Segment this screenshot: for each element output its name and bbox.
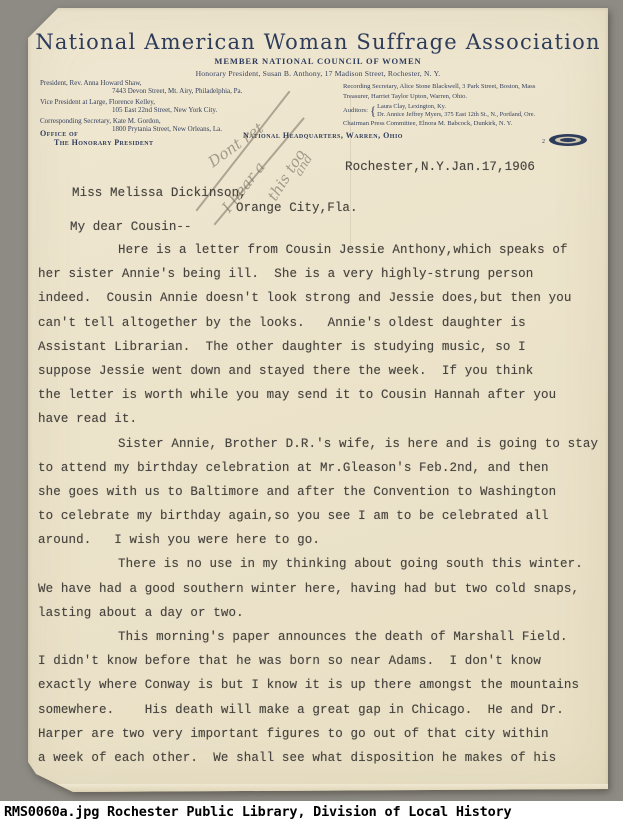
officer-entry: President, Rev. Anna Howard Shaw, 7443 D… [40,79,340,95]
typed-line: have read it. [38,407,600,431]
typed-line: There is no use in my thinking about goi… [38,552,600,576]
officer-role-line: Corresponding Secretary, Kate M. Gordon, [40,117,340,125]
dateline: Rochester,N.Y.Jan.17,1906 [345,160,535,174]
typed-line: indeed. Cousin Annie doesn't look strong… [38,286,600,310]
auditor-2: Dr. Annice Jeffrey Myers, 375 East 12th … [377,111,535,119]
typed-line: exactly where Conway is but I know it is… [38,673,600,697]
officers-right-column: Recording Secretary, Alice Stone Blackwe… [343,82,605,129]
office-of-line2: The Honorary President [40,139,153,148]
typed-line: suppose Jessie went down and stayed ther… [38,359,600,383]
press-committee-line: Chairman Press Committee, Elnora M. Babc… [343,119,605,129]
pencil-note-fragment: and [291,152,315,179]
auditors-brace: { [370,107,376,115]
treasurer-line: Treasurer, Harriet Taylor Upton, Warren,… [343,92,605,102]
typed-line: a week of each other. We shall see what … [38,746,600,770]
typed-line: lasting about a day or two. [38,601,600,625]
honorary-president-line: Honorary President, Susan B. Anthony, 17… [28,69,608,78]
typed-line: Sister Annie, Brother D.R.'s wife, is he… [38,432,600,456]
officers-left-column: President, Rev. Anna Howard Shaw, 7443 D… [40,79,340,136]
typed-line: I didn't know before that he was born so… [38,649,600,673]
typed-line: This morning's paper announces the death… [38,625,600,649]
letter-page-wrap: National American Woman Suffrage Associa… [28,8,608,792]
auditor-1: Laura Clay, Lexington, Ky. [377,103,535,111]
typed-line: Harper are two very important figures to… [38,722,600,746]
recording-secretary-line: Recording Secretary, Alice Stone Blackwe… [343,82,605,92]
typed-line: We have had a good southern winter here,… [38,577,600,601]
letter-page: National American Woman Suffrage Associa… [28,8,608,792]
recipient-address: Orange City,Fla. [236,201,358,215]
salutation: My dear Cousin-- [70,220,192,234]
organization-name: National American Woman Suffrage Associa… [28,30,608,54]
union-printers-bug-icon: 2 [542,133,588,147]
office-of-block: Office of The Honorary President [40,130,153,147]
typed-line: Assistant Librarian. The other daughter … [38,335,600,359]
officer-address-line: 105 East 22nd Street, New York City. [40,106,340,114]
typed-line: she goes with us to Baltimore and after … [38,480,600,504]
caption-text: RMS0060a.jpg Rochester Public Library, D… [4,804,511,820]
typed-line: around. I wish you were here to go. [38,528,600,552]
typed-line: somewhere. His death will make a great g… [38,698,600,722]
officer-address-line: 7443 Devon Street, Mt. Airy, Philadelphi… [40,87,340,95]
typed-line: to celebrate my birthday again,so you se… [38,504,600,528]
scan-background: National American Woman Suffrage Associa… [0,0,623,822]
typed-line: Here is a letter from Cousin Jessie Anth… [38,238,600,262]
typed-line: to attend my birthday celebration at Mr.… [38,456,600,480]
recipient-name: Miss Melissa Dickinson, [72,186,247,200]
typed-line: the letter is worth while you may send i… [38,383,600,407]
typed-line: can't tell altogether by the looks. Anni… [38,311,600,335]
officer-entry: Vice President at Large, Florence Kelley… [40,98,340,114]
auditors-row: Auditors: { Laura Clay, Lexington, Ky. D… [343,103,605,118]
caption-bar: RMS0060a.jpg Rochester Public Library, D… [0,801,623,822]
pencil-note-fragment: this too [264,146,309,204]
typed-line: her sister Annie's being ill. She is a v… [38,262,600,286]
national-headquarters-line: National Headquarters, Warren, Ohio [178,131,468,140]
svg-text:2: 2 [542,139,545,145]
member-line: MEMBER NATIONAL COUNCIL OF WOMEN [28,56,608,66]
officer-role-line: Vice President at Large, Florence Kelley… [40,98,340,106]
paper-fold-edge [28,784,608,792]
letter-body: Here is a letter from Cousin Jessie Anth… [38,238,600,770]
auditors-label: Auditors: [343,107,368,115]
auditors-names: Laura Clay, Lexington, Ky. Dr. Annice Je… [377,103,535,118]
officer-role-line: President, Rev. Anna Howard Shaw, [40,79,340,87]
